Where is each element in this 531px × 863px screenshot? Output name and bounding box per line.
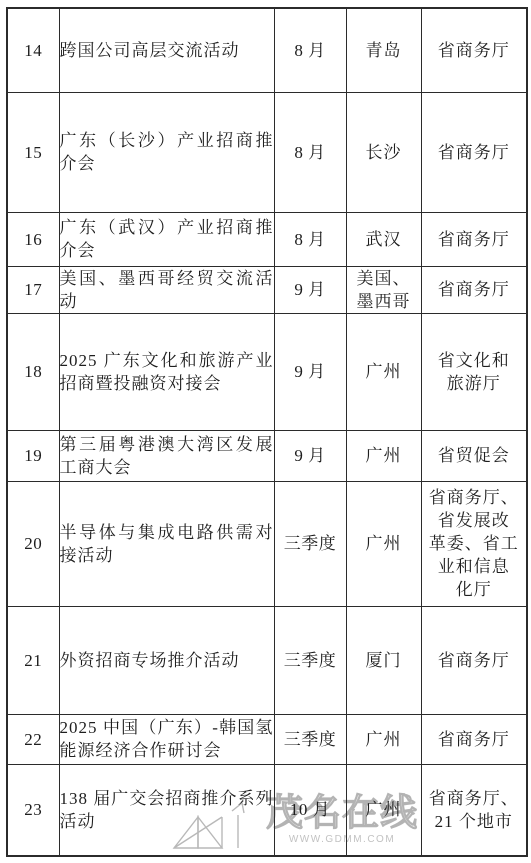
cell-department: 省商务厅 <box>421 606 527 714</box>
table-body: 14跨国公司高层交流活动8 月青岛省商务厅15广东（长沙）产业招商推介会8 月长… <box>7 8 527 856</box>
cell-department: 省商务厅、 21 个地市 <box>421 764 527 856</box>
cell-num: 17 <box>7 266 59 313</box>
cell-location: 广州 <box>346 714 421 764</box>
cell-num: 22 <box>7 714 59 764</box>
cell-department: 省商务厅 <box>421 8 527 92</box>
cell-location: 美国、 墨西哥 <box>346 266 421 313</box>
table-row: 20半导体与集成电路供需对接活动三季度广州省商务厅、 省发展改 革委、省工 业和… <box>7 481 527 606</box>
cell-activity: 广东（长沙）产业招商推介会 <box>59 92 274 212</box>
table-row: 23138 届广交会招商推介系列活动10 月广州省商务厅、 21 个地市 <box>7 764 527 856</box>
cell-department: 省商务厅 <box>421 714 527 764</box>
cell-num: 20 <box>7 481 59 606</box>
cell-num: 19 <box>7 430 59 481</box>
cell-num: 16 <box>7 212 59 266</box>
table-row: 15广东（长沙）产业招商推介会8 月长沙省商务厅 <box>7 92 527 212</box>
cell-location: 广州 <box>346 764 421 856</box>
cell-department: 省文化和 旅游厅 <box>421 313 527 430</box>
cell-num: 14 <box>7 8 59 92</box>
cell-location: 青岛 <box>346 8 421 92</box>
cell-activity: 138 届广交会招商推介系列活动 <box>59 764 274 856</box>
cell-department: 省商务厅 <box>421 212 527 266</box>
cell-num: 23 <box>7 764 59 856</box>
cell-activity: 美国、墨西哥经贸交流活动 <box>59 266 274 313</box>
cell-activity: 广东（武汉）产业招商推介会 <box>59 212 274 266</box>
cell-month: 9 月 <box>274 430 346 481</box>
cell-location: 厦门 <box>346 606 421 714</box>
table-row: 19第三届粤港澳大湾区发展工商大会9 月广州省贸促会 <box>7 430 527 481</box>
cell-month: 10 月 <box>274 764 346 856</box>
cell-month: 8 月 <box>274 212 346 266</box>
cell-location: 广州 <box>346 481 421 606</box>
cell-department: 省商务厅 <box>421 92 527 212</box>
cell-activity: 跨国公司高层交流活动 <box>59 8 274 92</box>
cell-activity: 半导体与集成电路供需对接活动 <box>59 481 274 606</box>
cell-location: 广州 <box>346 313 421 430</box>
cell-location: 广州 <box>346 430 421 481</box>
cell-month: 三季度 <box>274 481 346 606</box>
cell-department: 省商务厅、 省发展改 革委、省工 业和信息 化厅 <box>421 481 527 606</box>
cell-num: 18 <box>7 313 59 430</box>
cell-num: 21 <box>7 606 59 714</box>
document-page: 茂名在线 WWW.GDMM.COM 14跨国公司高层交流活动8 月青岛省商务厅1… <box>0 0 531 863</box>
cell-month: 8 月 <box>274 8 346 92</box>
table-row: 21外资招商专场推介活动三季度厦门省商务厅 <box>7 606 527 714</box>
cell-month: 三季度 <box>274 606 346 714</box>
table-row: 222025 中国（广东）-韩国氢能源经济合作研讨会三季度广州省商务厅 <box>7 714 527 764</box>
cell-month: 9 月 <box>274 313 346 430</box>
cell-activity: 第三届粤港澳大湾区发展工商大会 <box>59 430 274 481</box>
table-row: 17美国、墨西哥经贸交流活动9 月美国、 墨西哥省商务厅 <box>7 266 527 313</box>
cell-activity: 外资招商专场推介活动 <box>59 606 274 714</box>
cell-activity: 2025 中国（广东）-韩国氢能源经济合作研讨会 <box>59 714 274 764</box>
table-row: 182025 广东文化和旅游产业招商暨投融资对接会9 月广州省文化和 旅游厅 <box>7 313 527 430</box>
cell-department: 省商务厅 <box>421 266 527 313</box>
cell-month: 8 月 <box>274 92 346 212</box>
cell-location: 武汉 <box>346 212 421 266</box>
cell-month: 三季度 <box>274 714 346 764</box>
cell-num: 15 <box>7 92 59 212</box>
cell-department: 省贸促会 <box>421 430 527 481</box>
cell-month: 9 月 <box>274 266 346 313</box>
table-row: 16广东（武汉）产业招商推介会8 月武汉省商务厅 <box>7 212 527 266</box>
table-row: 14跨国公司高层交流活动8 月青岛省商务厅 <box>7 8 527 92</box>
cell-activity: 2025 广东文化和旅游产业招商暨投融资对接会 <box>59 313 274 430</box>
activity-schedule-table: 14跨国公司高层交流活动8 月青岛省商务厅15广东（长沙）产业招商推介会8 月长… <box>6 7 528 857</box>
cell-location: 长沙 <box>346 92 421 212</box>
